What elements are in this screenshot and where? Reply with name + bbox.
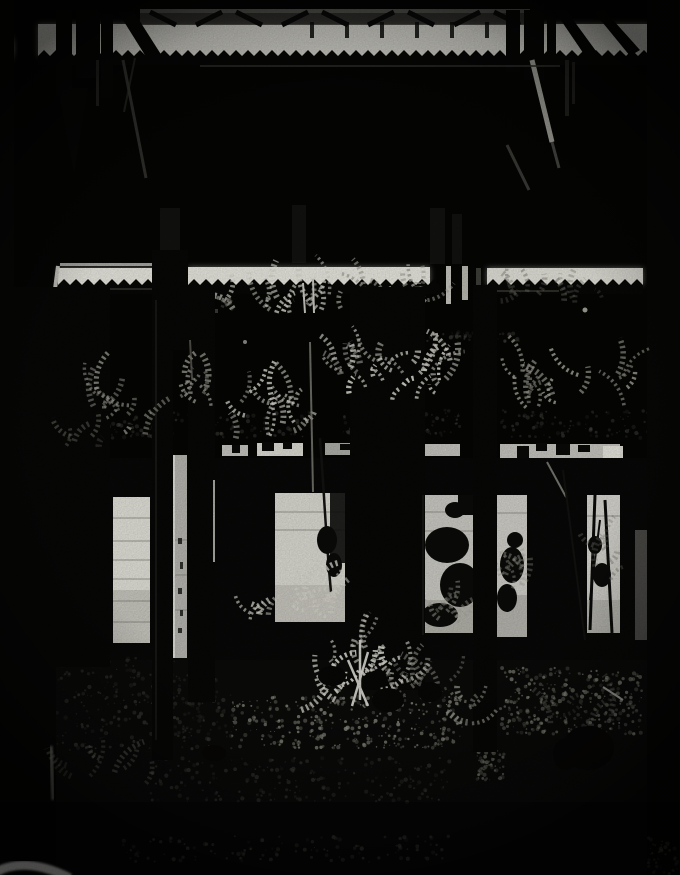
photo-canvas bbox=[0, 0, 680, 875]
film-grain bbox=[0, 0, 680, 875]
photo-abandoned-factory-interior: Black-and-white photograph: interior of … bbox=[0, 0, 680, 875]
